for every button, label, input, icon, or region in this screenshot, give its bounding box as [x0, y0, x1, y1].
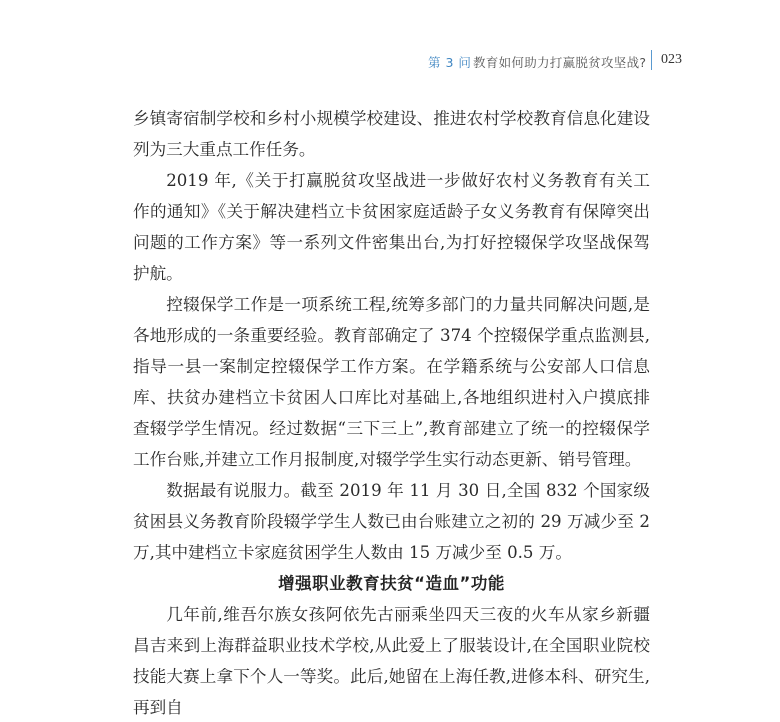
- chapter-title: 教育如何助力打赢脱贫攻坚战?: [473, 53, 646, 71]
- running-head: 第 3 问 教育如何助力打赢脱贫攻坚战? 023: [0, 50, 780, 72]
- paragraph-5: 几年前,维吾尔族女孩阿依先古丽乘坐四天三夜的火车从家乡新疆昌吉来到上海群益职业技…: [133, 599, 650, 722]
- page-body: 乡镇寄宿制学校和乡村小规模学校建设、推进农村学校教育信息化建设列为三大重点工作任…: [133, 103, 650, 722]
- page-number: 023: [661, 52, 682, 68]
- paragraph-3: 控辍保学工作是一项系统工程,统筹多部门的力量共同解决问题,是各地形成的一条重要经…: [133, 289, 650, 475]
- paragraph-1: 乡镇寄宿制学校和乡村小规模学校建设、推进农村学校教育信息化建设列为三大重点工作任…: [133, 103, 650, 165]
- chapter-label: 第 3 问: [428, 53, 471, 71]
- header-divider: [651, 50, 652, 70]
- paragraph-4: 数据最有说服力。截至 2019 年 11 月 30 日,全国 832 个国家级贫…: [133, 475, 650, 568]
- section-heading: 增强职业教育扶贫“造血”功能: [133, 568, 650, 599]
- paragraph-2: 2019 年,《关于打赢脱贫攻坚战进一步做好农村义务教育有关工作的通知》《关于解…: [133, 165, 650, 289]
